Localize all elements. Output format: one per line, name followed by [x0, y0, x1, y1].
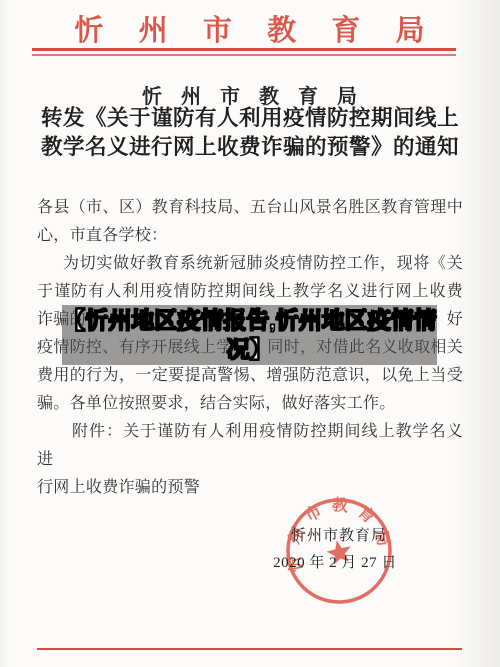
official-document-scan: 忻 州 市 教 育 局 忻 州 市 教 育 局 转发《关于谨防有人利用疫情防控期… [0, 0, 500, 667]
attachment-line: 行网上收费诈骗的预警 [37, 474, 463, 502]
body-line: 于谨防有人利用疫情防控期间线上教学名义进行网上收费 [37, 278, 463, 306]
document-title-line1: 转发《关于谨防有人利用疫情防控期间线上 [0, 104, 500, 133]
attachment-line: 附件：关于谨防有人利用疫情防控期间线上教学名义进 [37, 418, 463, 474]
caption-overlay-line2: 况】 [227, 335, 273, 364]
body-line: 骗。各单位按照要求，结合实际，做好落实工作。 [37, 390, 463, 418]
document-title: 转发《关于谨防有人利用疫情防控期间线上 教学名义进行网上收费诈骗的预警》的通知 [0, 104, 500, 162]
body-line: 为切实做好教育系统新冠肺炎疫情防控工作，现将《关 [37, 250, 463, 278]
letterhead-title: 忻 州 市 教 育 局 [0, 8, 500, 49]
caption-overlay-line1: 【忻州地区疫情报告,忻州地区疫情情 [62, 306, 436, 335]
signature-issuer: 忻州市教育局 [239, 524, 439, 545]
salutation-line: 心，市直各学校： [37, 222, 463, 250]
footer-rule [37, 648, 462, 650]
salutation-line: 各县（市、区）教育科技局、五台山风景名胜区教育管理中 [37, 194, 463, 222]
body-line: 费用的行为，一定要提高警惕、增强防范意识，以免上当受 [37, 362, 463, 390]
letterhead-double-rule [32, 48, 456, 56]
body-fragment-right: 好 [447, 306, 463, 334]
document-title-line2: 教学名义进行网上收费诈骗的预警》的通知 [0, 133, 500, 162]
signature-date: 2020 年 2 月 27 日 [235, 551, 435, 572]
caption-overlay-banner: 【忻州地区疫情报告,忻州地区疫情情 况】 [62, 305, 437, 365]
